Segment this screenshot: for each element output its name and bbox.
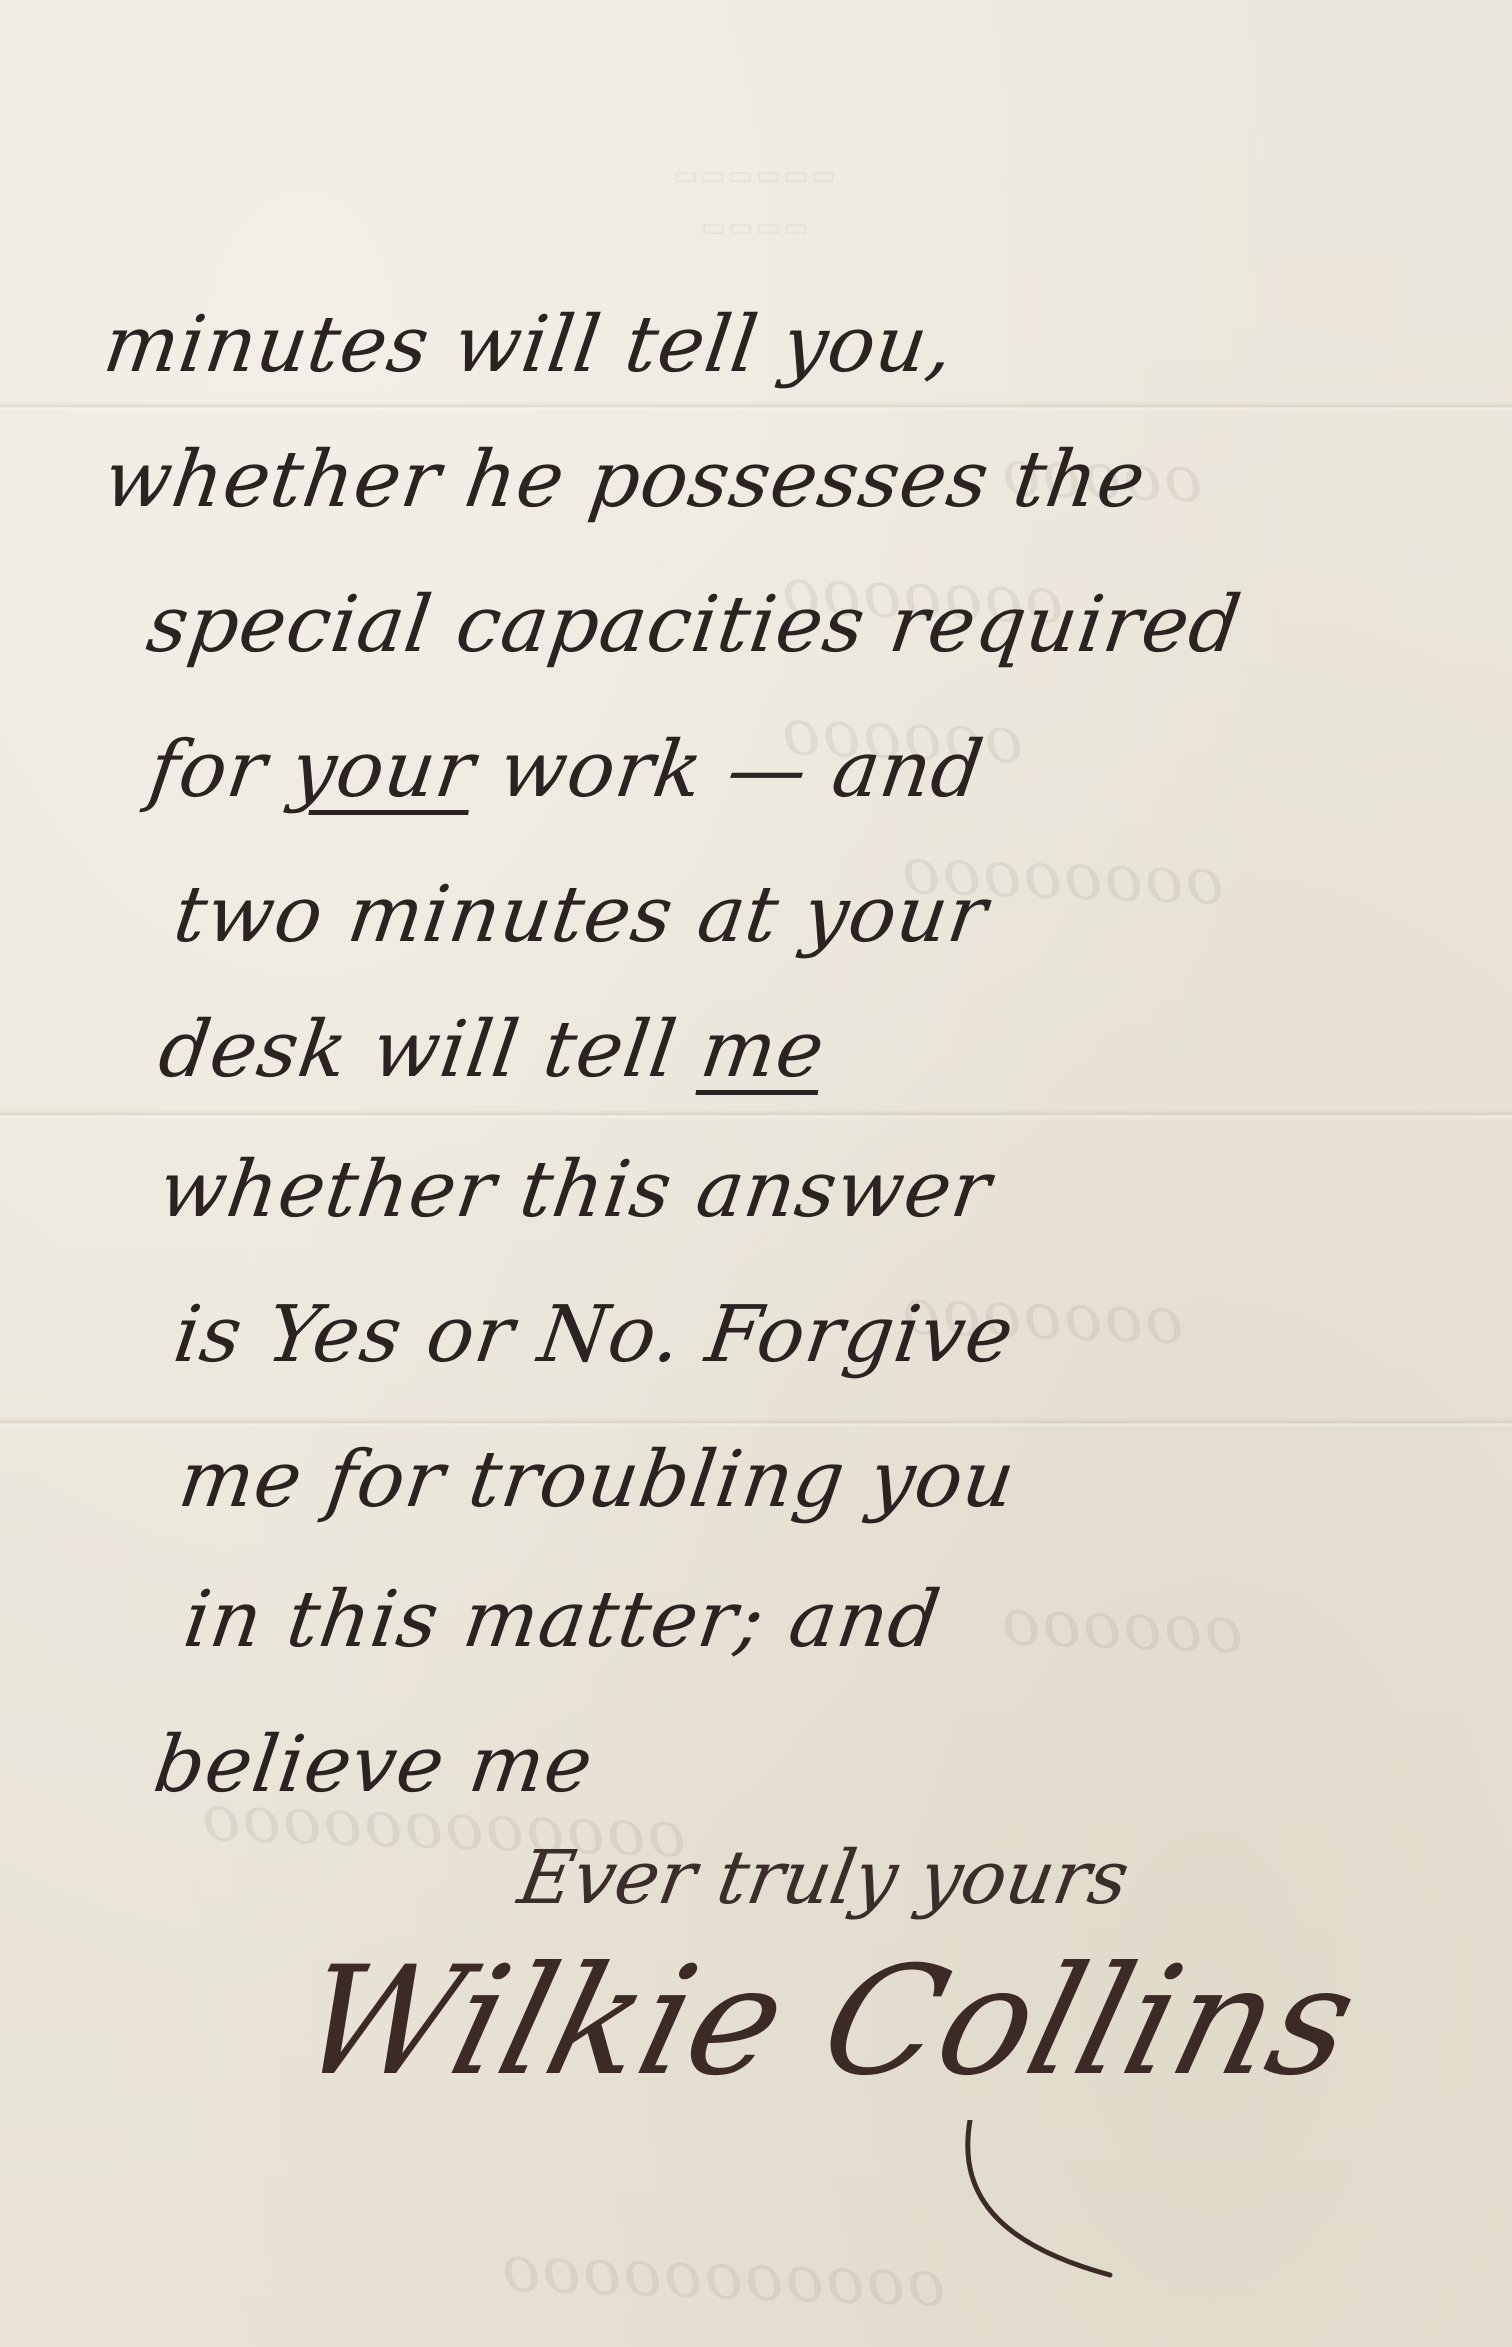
underlined-word: me	[695, 1005, 830, 1095]
letter-line-1: minutes will tell you,	[99, 300, 960, 390]
underlined-word: your	[286, 725, 481, 815]
show-through-text: ooooooooooo	[499, 2232, 947, 2322]
letter-closing: Ever truly yours	[512, 1835, 1135, 1921]
letter-page: ▭▭▭▭▭▭▭▭▭▭ ooooo ooooooo oooooo oooooooo…	[0, 0, 1512, 2347]
letter-line-10: in this matter; and	[179, 1575, 946, 1665]
letter-line-9: me for troubling you	[174, 1435, 1021, 1525]
show-through-text: oooooo	[999, 1586, 1245, 1668]
letter-line-7: whether this answer	[154, 1145, 997, 1235]
fold-crease	[0, 1418, 1512, 1428]
letter-line-11: believe me	[149, 1720, 599, 1810]
text-segment: for	[144, 725, 299, 815]
fold-crease	[0, 402, 1512, 412]
signature-flourish-icon	[940, 2120, 1160, 2280]
letter-line-6: desk will tell me	[154, 1005, 831, 1095]
letter-line-4: for your work — and	[144, 725, 989, 815]
signature: Wilkie Collins	[283, 1935, 1372, 2109]
fold-crease	[0, 1110, 1512, 1120]
text-segment: work — and	[468, 725, 989, 815]
letter-line-8: is Yes or No. Forgive	[169, 1290, 1020, 1380]
letter-line-3: special capacities required	[142, 580, 1247, 670]
letter-line-2: whether he possesses the	[99, 435, 1152, 525]
faint-letterhead-embossing: ▭▭▭▭▭▭▭▭▭▭	[0, 150, 1512, 254]
text-segment: desk will tell	[154, 1005, 708, 1095]
letter-line-5: two minutes at your	[169, 870, 993, 960]
